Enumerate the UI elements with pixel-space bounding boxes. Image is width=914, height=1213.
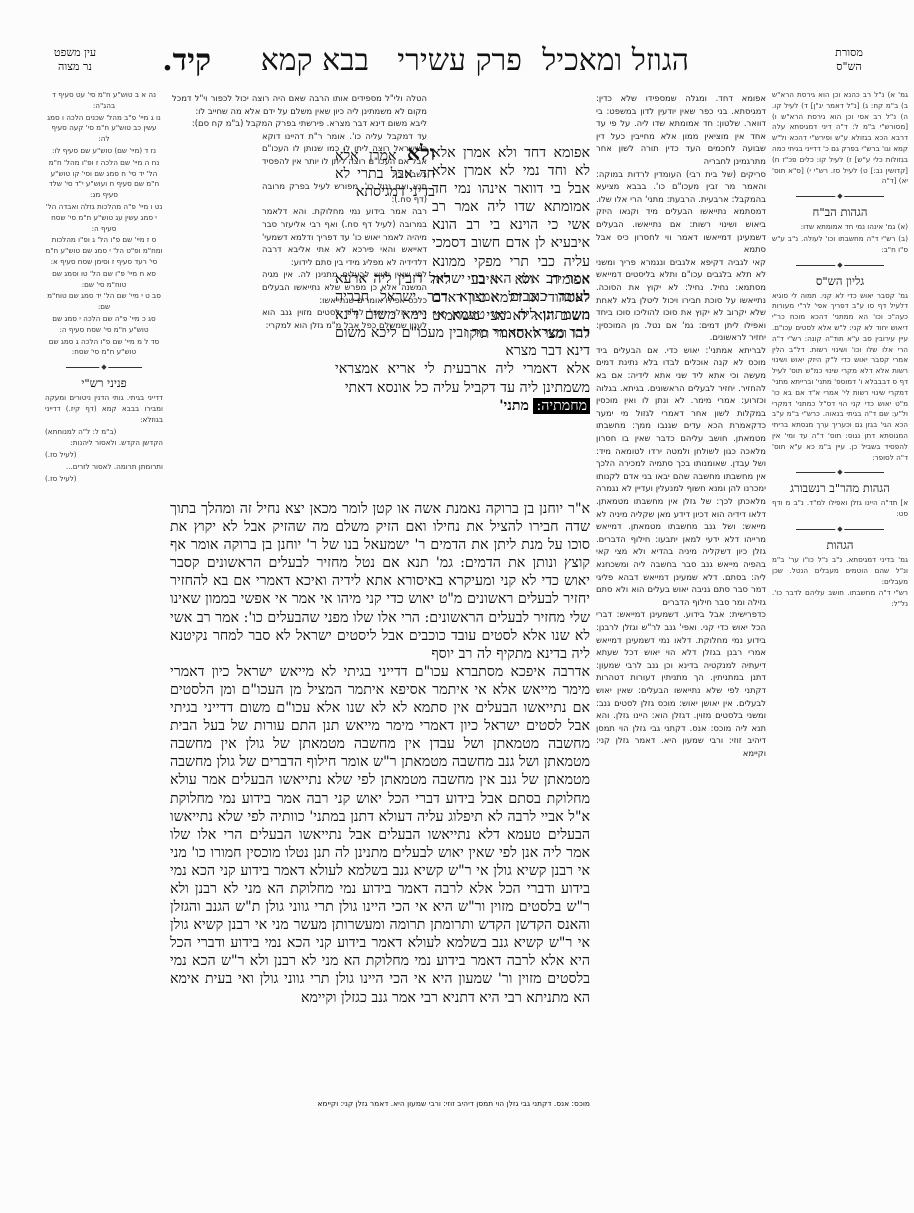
ein-mishpat-entry: סא ח מיי' פ"ו שם הל' טו וסמג שם טוח"מ סי… (45, 269, 163, 291)
tosafot-paragraph: רבה אמר בידוע נמי מחלוקת. והא דלאמר במרו… (262, 205, 427, 268)
ein-mishpat-entry: נח ה מיי' שם הלכה ז ופ"ו מהל' ח"מ הל' יד… (45, 158, 163, 201)
ein-mishpat-entry: נז ד (מיי' שם) טוש"ע שם סעיף לו: (45, 146, 163, 157)
gemara-main-body: אמר רב אשי האי בר ישראל דזבין ליה ארעא ל… (335, 270, 590, 415)
folio-number: קיד. (162, 44, 211, 78)
right-margin-column: גמ' א) נ"ל רב כהנא וכן הוא גירסת הרא"ש ב… (772, 90, 908, 611)
gemara-lead-word: ולא (407, 141, 435, 165)
masoret-hashas-label: מסורת הש"ס (814, 46, 884, 74)
hagahot-title: הגהות (772, 538, 908, 553)
highlighted-word[interactable]: מחמתיה: (533, 398, 590, 414)
gemara-top-left-block: ולא אמרן אלא חד אבל בתרי לא בדיני דמגיסת… (335, 144, 435, 201)
tosafot-paragraph: הטלה ולי"ל מספידים אותו הרבה שאם היה רוצ… (172, 92, 427, 117)
hagahot-item: רש"י ד"ה מחשבתו. חושב עליהם לדבר כו'. נל… (772, 588, 908, 610)
divider-ornament (772, 192, 908, 200)
gilyon-hashas-title: גליון הש"ס (772, 274, 908, 289)
rashi-footnote: מוכס: אנס. דקתני גבי גזלן הוי תמסן דיהיב… (170, 1098, 590, 1109)
rashi-column: אפומא דחד. ומגלה שמספידו שלא כדין: דמגיס… (596, 92, 766, 759)
ein-mishpat-entry: נו ג מיי' פ"ב מהל' שכנים הלכה ו סמג עשין… (45, 113, 163, 145)
left-margin-column: נה א ב טוש"ע ח"מ סי' עט סעיף ד בהג"ה: נו… (45, 90, 163, 486)
divider-ornament (45, 363, 163, 371)
chapter-number: פרק עשירי (397, 44, 522, 78)
tosafot-paragraph: ליבא משום דינא דבר מצרא. פירשתי בפרק המק… (172, 117, 427, 130)
hagahot-maharsha-title: הגהות מהר"ב רנשבורג (772, 481, 908, 496)
rashi-paragraph: לבריתא אמתני': יאוש כדי. אם הבעלים ביד מ… (596, 344, 766, 608)
gemara-paragraph: אדרבה איפכא מסתברא עכו"ם דדייני בגיתי לא… (170, 663, 590, 1007)
gemara-paragraph: א"ר יוחנן בן ברוקה נאמנת אשה או קטן לומר… (170, 500, 590, 663)
pninei-rashi-title: פניני רש"י (45, 376, 163, 391)
ein-mishpat-entry: נה א ב טוש"ע ח"מ סי' עט סעיף ד בהג"ה: (45, 90, 163, 112)
ein-mishpat-label-line2: נר מצוה (40, 60, 110, 74)
hagahot-bach-item: (ב) רש"י ד"ה מחשבתו וכו' לעולה. נ"ב ע"ש … (772, 234, 908, 256)
masoret-label-line2: הש"ס (814, 60, 884, 74)
pninei-rashi-entry: הקדשן הקדש. ולאסור ליהנות: (45, 438, 163, 449)
hagahot-bach-title: הגהות הב"ח (772, 205, 908, 220)
ein-mishpat-label-line1: עין משפט (40, 46, 110, 60)
ein-mishpat-entry: נט ו מיי' פ"ה מהלכות גזלה ואבדה הל' י סמ… (45, 202, 163, 234)
divider-ornament (772, 261, 908, 269)
rashi-paragraph: כדפרישית: אבל בידוע. דשמעינן דמייאש: דבר… (596, 608, 766, 759)
gilyon-hashas-text: גמ' קסבר יאוש כדי לא קני. תמוה לי סוגיא … (772, 291, 908, 464)
hagahot-bach-item: (א) גמ' אינהו נמי חד אמומתא שדו: (772, 222, 908, 233)
pninei-rashi-ref: (ב"מ ל: ל"ה למנוחתא) (45, 427, 163, 438)
ein-mishpat-entry: סג כ מיי' פ"ה שם הלכה י סמג שם טוש"ע ח"מ… (45, 314, 163, 336)
pninei-rashi-ref: (לעיל סז.) (45, 450, 163, 461)
pninei-rashi-ref: (לעיל סז.) (45, 474, 163, 485)
rashi-paragraph: קאי לגביה דקיפא אלגבים ונגמרא פריך ומשני… (596, 256, 766, 344)
gemara-wide-body: א"ר יוחנן בן ברוקה נאמנת אשה או קטן לומר… (170, 500, 590, 1007)
ein-mishpat-entry: ס ז מיי' שם פ"ו הל' ג ופ"ו מהלכות ומח"מ … (45, 235, 163, 267)
hagahot-maharsha-item: א] תד"ה היינו גזלן ואפילו למ"ד. נ"ב מ וד… (772, 498, 908, 520)
ein-mishpat-label: עין משפט נר מצוה (40, 46, 110, 74)
ein-mishpat-entry: סד ל מ מיי' שם פ"ו הלכה ג סמג שם טוש"ע ח… (45, 337, 163, 359)
chapter-name: הגוזל ומאכיל (542, 44, 689, 78)
pninei-rashi-entry: דדייני בגיתי. גותי הדנין ניטורים ומעקה ו… (45, 393, 163, 425)
rashi-paragraph: סריקים (של בית רבי) העומדין לרדות במוקה:… (596, 168, 766, 256)
hagahot-item: גמ' בדיני דמגיסתא. נ"ב נ"ל כו"ו ער' ב"מ … (772, 555, 908, 587)
gemara-paragraph: אמר רב אשי האי בר ישראל דזבין ליה ארעא ל… (335, 270, 590, 360)
masoret-hashas-text: גמ' א) נ"ל רב כהנא וכן הוא גירסת הרא"ש ב… (772, 90, 908, 187)
mishna-marker: מתני' (499, 398, 529, 414)
gemara-paragraph: אלא דאמרי ליה ארבעית לי אריא אמצראי משמת… (335, 360, 590, 396)
pninei-rashi-entry: ותרומתן תרומה. לאסור לזרים... (45, 462, 163, 473)
divider-ornament (772, 525, 908, 533)
masoret-label-line1: מסורת (814, 46, 884, 60)
divider-ornament (772, 468, 908, 476)
rashi-paragraph: אפומא דחד. ומגלה שמספידו שלא כדין: דמגיס… (596, 92, 766, 168)
ein-mishpat-entry: סב ט י מיי' שם הל' יד סמג שם טוח"מ שם: (45, 291, 163, 313)
tractate-name: בבא קמא (261, 44, 369, 78)
